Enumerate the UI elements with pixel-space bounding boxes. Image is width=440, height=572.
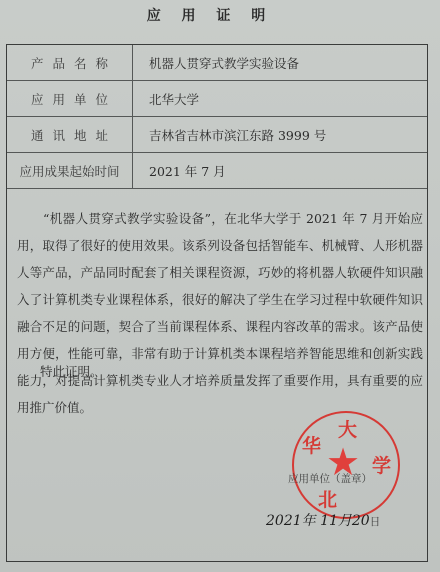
value-start-time: 2021 年 7 月: [149, 153, 226, 188]
seal-char-top: 大: [338, 415, 357, 442]
label-product-name: 产品名称: [7, 45, 133, 80]
row-product-name: 产品名称 机器人贯穿式教学实验设备: [7, 45, 427, 81]
value-product-name: 机器人贯穿式教学实验设备: [149, 45, 299, 80]
seal-char-left: 华: [302, 431, 321, 458]
label-address: 通讯地址: [7, 117, 133, 152]
value-application-unit: 北华大学: [149, 81, 199, 116]
body-paragraph: “机器人贯穿式教学实验设备”，在北华大学于 2021 年 7 月开始应用，取得了…: [17, 205, 423, 421]
official-seal: 大 华 学 北 ★: [292, 411, 400, 519]
signature-date: 2021年 11月20日: [266, 510, 380, 530]
row-start-time: 应用成果起始时间 2021 年 7 月: [7, 153, 427, 189]
date-handwritten: 2021年 11月20: [266, 513, 370, 529]
document-title: 应 用 证 明: [0, 5, 420, 25]
seal-label: 应用单位（盖章）: [288, 471, 372, 486]
row-address: 通讯地址 吉林省吉林市滨江东路 3999 号: [7, 117, 427, 153]
label-application-unit: 应用单位: [7, 81, 133, 116]
seal-char-bottom: 北: [318, 485, 337, 512]
closing-text: 特此证明。: [40, 362, 103, 380]
date-suffix: 日: [370, 516, 381, 528]
value-address: 吉林省吉林市滨江东路 3999 号: [149, 117, 326, 152]
seal-char-right: 学: [372, 451, 391, 478]
certificate-body: “机器人贯穿式教学实验设备”，在北华大学于 2021 年 7 月开始应用，取得了…: [17, 205, 423, 421]
row-application-unit: 应用单位 北华大学: [7, 81, 427, 117]
label-start-time: 应用成果起始时间: [7, 153, 133, 188]
